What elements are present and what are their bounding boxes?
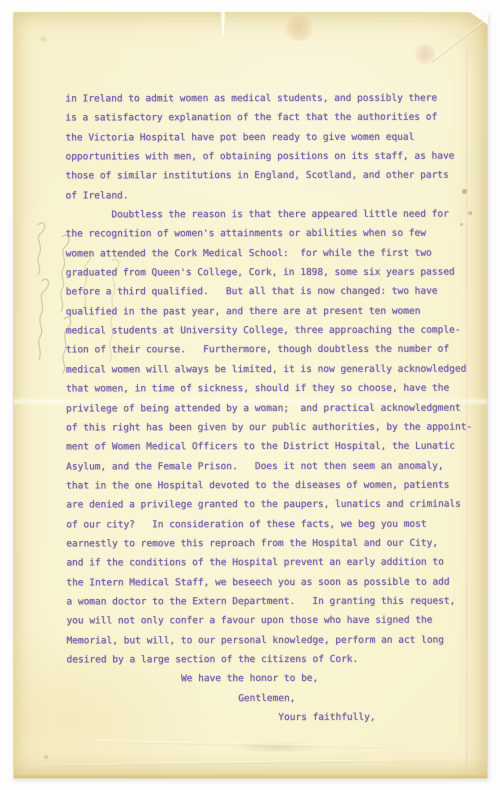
document-page: in Ireland to admit women as medical stu…: [13, 12, 488, 779]
paper-notch: [220, 12, 226, 36]
crease-line: [20, 738, 480, 751]
stain-speck: [44, 755, 48, 759]
stain: [284, 15, 314, 41]
scan-background: in Ireland to admit women as medical stu…: [0, 0, 500, 790]
corner-cut: [470, 12, 488, 25]
typewritten-text: in Ireland to admit women as medical stu…: [65, 88, 484, 727]
stain: [39, 35, 48, 43]
paper-edge-shadow: [14, 774, 487, 778]
crease-line: [14, 758, 487, 767]
